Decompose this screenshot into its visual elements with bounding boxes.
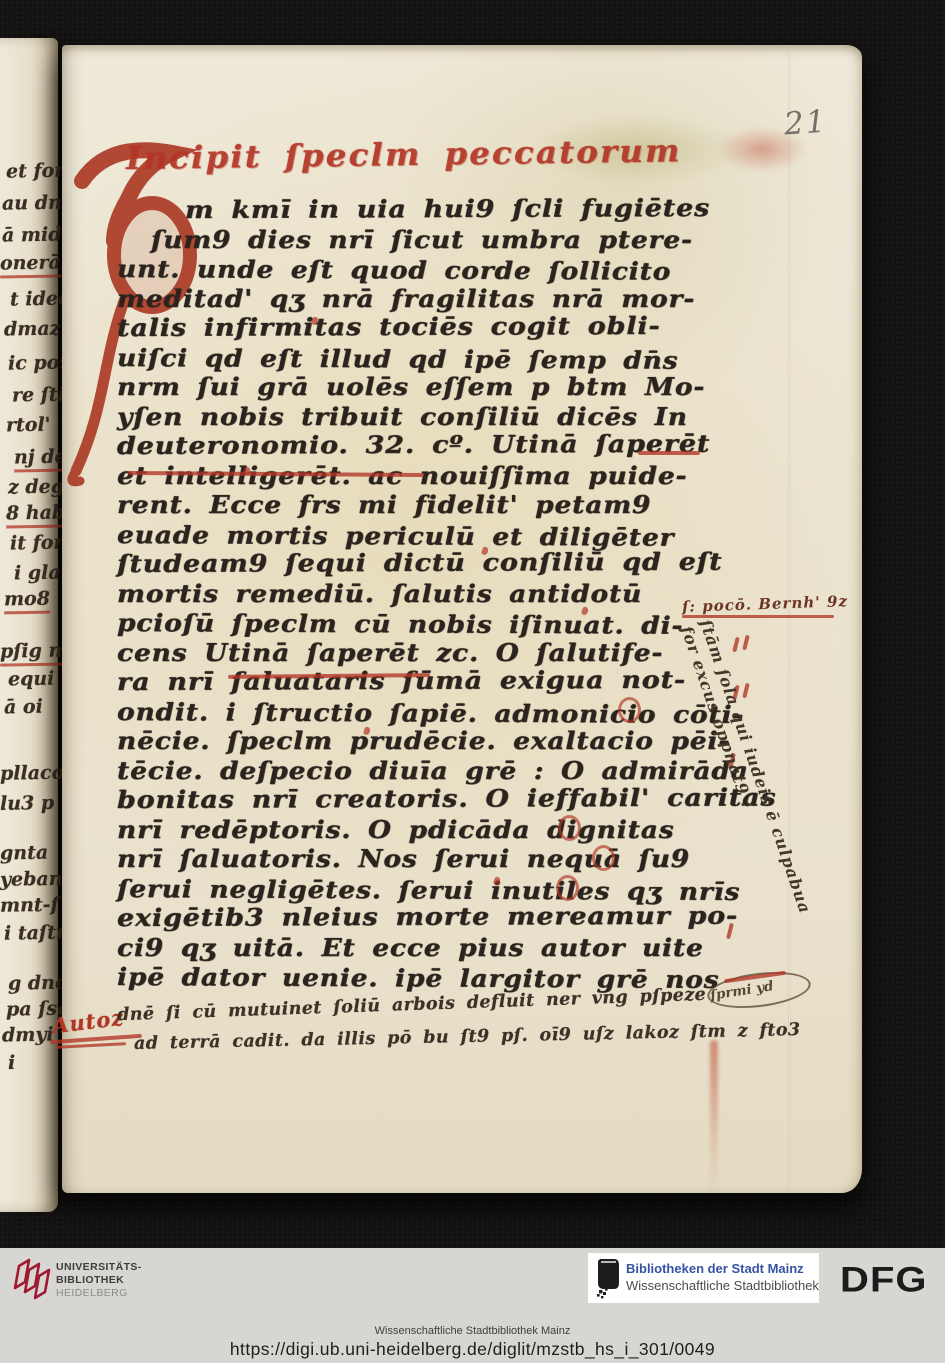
author-note-red: Autoz — [51, 1005, 126, 1039]
manuscript-line: ſum9 dies nrī ſicut umbra ptere- — [151, 225, 774, 255]
dfg-logo: DFG — [840, 1260, 928, 1300]
facing-page-fragment: i gla — [14, 562, 61, 585]
manuscript-line: yſen nobis tribuit conſiliū dicēs In — [117, 402, 777, 432]
manuscript-line: ci9 qʒ uitā. Et ecce pius autor uite — [117, 933, 777, 963]
manuscript-line: meditad' qʒ nrā fragilitas nrā mor- — [117, 284, 777, 314]
manuscript-line: unt. unde eſt quod corde ſollicito — [117, 254, 777, 287]
facing-page-fragment: gnta — [0, 842, 48, 865]
mainz-logo-text: Bibliotheken der Stadt Mainz Wissenschaf… — [626, 1261, 819, 1294]
facing-page-fragment: dmaz — [4, 318, 61, 341]
mainz-book-icon — [592, 1257, 622, 1301]
red-ink-streak — [710, 1040, 718, 1195]
manuscript-page: 21 Incipit ſpeclm peccatorum m kmī in ui… — [62, 45, 862, 1193]
manuscript-line: rent. Ecce frs mi fidelit' petam9 — [117, 490, 777, 520]
manuscript-line: ra nrī ſaluataris ſūmā exigua not- — [117, 664, 789, 696]
red-touched-initial — [618, 697, 641, 723]
manuscript-line: nēcie. ſpeclm prudēcie. exaltacio pēi- — [117, 726, 777, 756]
manuscript-line: ondit. i ſtructio ſapiē. admonicio cōti- — [117, 697, 777, 730]
manuscript-line: uiſci qd eſt illud qd ipē ſemp dn̄s — [117, 343, 777, 376]
red-touched-initial — [558, 815, 581, 841]
source-url: https://digi.ub.uni-heidelberg.de/diglit… — [0, 1339, 945, 1360]
manuscript-line: deuteronomio. 32. cº. Utinā ſaperēt — [117, 428, 789, 460]
facing-page-fragment: ā oi — [4, 696, 43, 719]
manuscript-line: nrī redēptoris. O pdicāda dignitas — [117, 815, 777, 845]
facing-page-fragment: mo8 — [4, 588, 50, 615]
facing-page-edge: et fornau dn9ā midonerāt ideodmazic po9r… — [0, 38, 58, 1212]
photo-backdrop: et fornau dn9ā midonerāt ideodmazic po9r… — [0, 0, 945, 1363]
heidelberg-line2: BIBLIOTHEK — [56, 1274, 142, 1287]
red-underline — [682, 615, 834, 618]
heidelberg-logo-icon — [12, 1256, 54, 1306]
heidelberg-logo — [12, 1256, 54, 1311]
facing-page-fragment: dmyi — [2, 1024, 54, 1047]
manuscript-line: nrī ſaluatoris. Nos ſerui nequā ſu9 — [117, 844, 777, 874]
footer: UNIVERSITÄTS- BIBLIOTHEK HEIDELBERG Bibl… — [0, 1248, 945, 1363]
manuscript-line: cens Utinā ſaperēt zc. O ſalutife- — [117, 638, 777, 668]
facing-page-fragment: rtol' — [6, 414, 51, 437]
red-touched-initial — [592, 845, 615, 871]
mainz-logo-box: Bibliotheken der Stadt Mainz Wissenschaf… — [588, 1253, 819, 1303]
manuscript-line: bonitas nrī creatoris. O ieffabil' carit… — [117, 782, 789, 814]
manuscript-line: nrm ſui grā uolēs eſſem p btm Mo- — [117, 372, 777, 402]
facing-page-fragment: equi — [8, 668, 55, 691]
main-text-block: m kmī in uia hui9 ſcli fugiētesſum9 dies… — [117, 195, 717, 992]
facing-page-fragment: ā mid — [2, 223, 62, 246]
mainz-line1: Bibliotheken der Stadt Mainz — [626, 1261, 819, 1278]
page-number-pencil: 21 — [783, 104, 829, 143]
red-underline — [638, 451, 700, 455]
red-touched-initial — [556, 875, 579, 901]
manuscript-line: mortis remediū. ſalutis antidotū — [117, 579, 777, 609]
mainz-line2: Wissenschaftliche Stadtbibliothek — [626, 1278, 819, 1295]
addendum-line-2: ad terrā cadit. da illis pō bu ſt9 pſ. o… — [134, 1020, 801, 1054]
red-underline — [56, 1042, 126, 1049]
facing-page-fragment: 8 hab — [6, 501, 66, 528]
heidelberg-logo-text: UNIVERSITÄTS- BIBLIOTHEK HEIDELBERG — [56, 1261, 142, 1300]
facing-page-fragment: i — [8, 1052, 16, 1074]
manuscript-line: ſtudeam9 ſequi dictū conſiliū qd eſt — [117, 546, 789, 578]
heidelberg-line1: UNIVERSITÄTS- — [56, 1261, 142, 1274]
manuscript-line: exigētib3 nleius morte mereamur po- — [117, 900, 789, 932]
heidelberg-line3: HEIDELBERG — [56, 1287, 142, 1300]
manuscript-line: m kmī in uia hui9 ſcli fugiētes — [185, 193, 781, 225]
facing-page-fragment: it for — [10, 532, 64, 555]
manuscript-line: talis infirmitas tociēs cogit obli- — [117, 310, 789, 342]
credit-line: Wissenschaftliche Stadtbibliothek Mainz — [0, 1325, 945, 1337]
facing-page-fragment: onerā — [0, 251, 61, 278]
manuscript-line: tēcie. deſpecio diuīa grē : O admirāda — [117, 756, 777, 786]
